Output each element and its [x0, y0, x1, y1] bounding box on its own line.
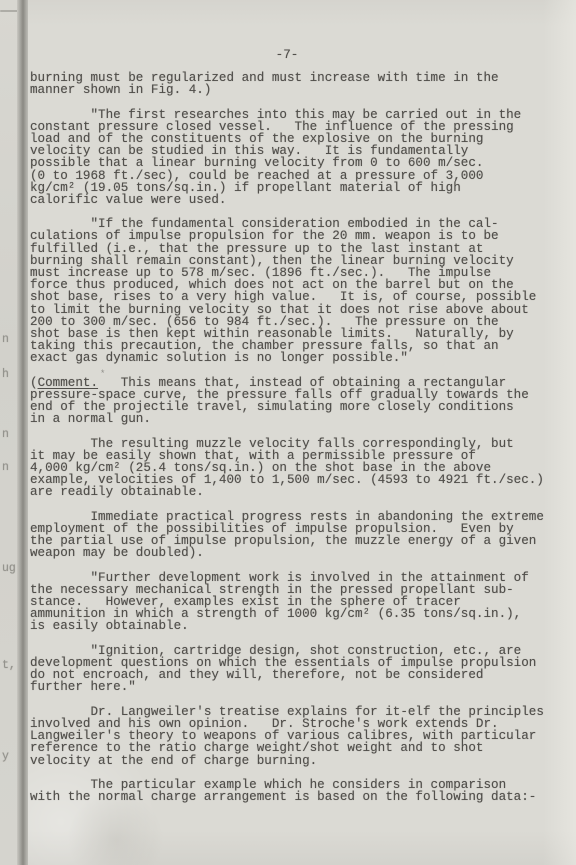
paragraph: (Comment. This means that, instead of ob…: [30, 377, 544, 426]
text-line: in a normal gun.: [30, 413, 544, 425]
text-line: is easily obtainable.: [30, 620, 544, 632]
text-line: The resulting muzzle velocity falls corr…: [30, 438, 544, 450]
text-line: with the normal charge arrangement is ba…: [30, 791, 544, 803]
text-line: to limit the burning velocity so that it…: [30, 304, 544, 316]
paragraph: "Ignition, cartridge design, shot constr…: [30, 645, 544, 694]
text-line: further here.": [30, 681, 544, 693]
text-line: fulfilled (i.e., that the pressure up to…: [30, 243, 544, 255]
paragraph: Dr. Langweiler's treatise explains for i…: [30, 706, 544, 767]
text-line: are readily obtainable.: [30, 486, 544, 498]
gutter-bleed-text: n: [2, 334, 9, 345]
paragraph: burning must be regularized and must inc…: [30, 72, 544, 96]
text-line: manner shown in Fig. 4.): [30, 84, 544, 96]
paragraph: The resulting muzzle velocity falls corr…: [30, 438, 544, 499]
gutter-bleed-text: h: [2, 369, 9, 380]
document-body: burning must be regularized and must inc…: [30, 72, 544, 803]
text-line: weapon may be doubled).: [30, 547, 544, 559]
document-page: -7- * burning must be regularized and mu…: [28, 0, 576, 865]
gutter-bleed-text: ug: [2, 563, 16, 574]
paragraph: "The first researches into this may be c…: [30, 109, 544, 207]
text-line: reference to the ratio charge weight/sho…: [30, 742, 544, 754]
paragraph: Immediate practical progress rests in ab…: [30, 511, 544, 560]
gutter-bleed-text: t,: [2, 660, 16, 671]
text-line: exact gas dynamic solution is no longer …: [30, 352, 544, 364]
text-line: "The first researches into this may be c…: [30, 109, 544, 121]
paragraph: "If the fundamental consideration embodi…: [30, 218, 544, 364]
text-line: culations of impulse propulsion for the …: [30, 230, 544, 242]
scanned-page: -7- * burning must be regularized and mu…: [0, 0, 576, 865]
text-line: shot base, rises to a very high value. I…: [30, 291, 544, 303]
text-line: (0 to 1968 ft./sec), could be reached at…: [30, 170, 544, 182]
gutter-bleed-text: n: [2, 429, 9, 440]
gutter-bleed-text: y: [2, 751, 9, 762]
text-line: calorific value were used.: [30, 194, 544, 206]
text-line: possible that a linear burning velocity …: [30, 157, 544, 169]
text-line: velocity at the end of charge burning.: [30, 755, 544, 767]
page-number: -7-: [28, 48, 546, 62]
gutter-bleed-text: n: [2, 462, 9, 473]
paragraph: "Further development work is involved in…: [30, 572, 544, 633]
paragraph: The particular example which he consider…: [30, 779, 544, 803]
